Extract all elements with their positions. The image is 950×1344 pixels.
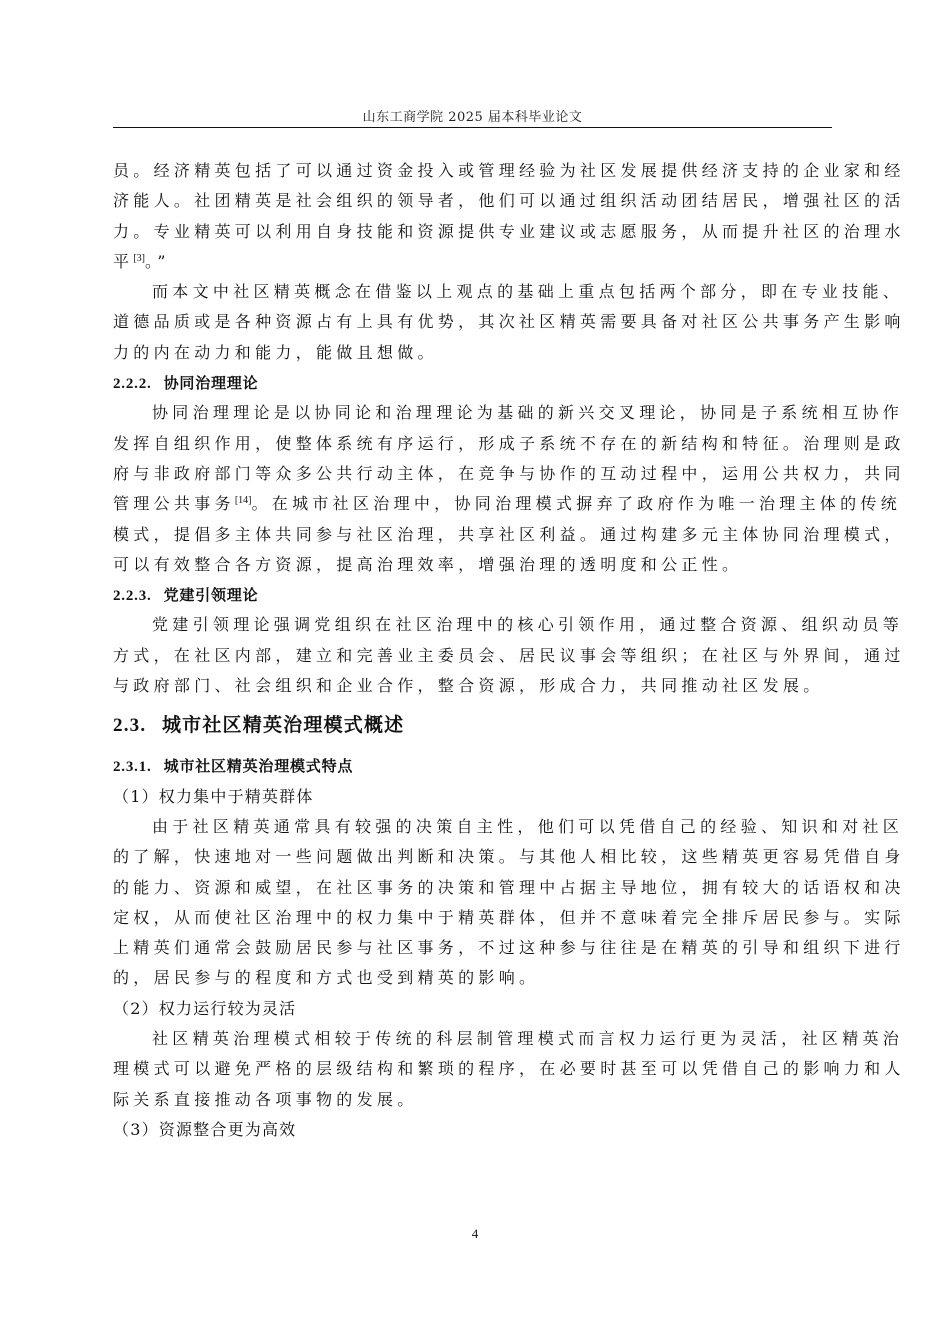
text-line: 党建引领理论强调党组织在社区治理中的核心引领作用，通过整合资源、组织动员等 bbox=[113, 610, 834, 640]
text-line: 可以有效整合各方资源，提高治理效率，增强治理的透明度和公正性。 bbox=[113, 550, 834, 580]
heading-title: 协同治理理论 bbox=[164, 374, 259, 392]
text-line: 力。专业精英可以利用自身技能和资源提供专业建议或志愿服务，从而提升社区的治理水 bbox=[113, 217, 834, 247]
text-line: 模式，提倡多主体共同参与社区治理，共享社区利益。通过构建多元主体协同治理模式， bbox=[113, 520, 834, 550]
text: 管理公共事务 bbox=[113, 494, 235, 513]
citation: [14] bbox=[235, 495, 252, 506]
text: 。在城市社区治理中，协同治理模式摒弃了政府作为唯一治理主体的传统 bbox=[251, 494, 901, 513]
text-line: 济能人。社团精英是社会组织的领导者，他们可以通过组织活动团结居民，增强社区的活 bbox=[113, 186, 834, 216]
list-item-heading: （1）权力集中于精英群体 bbox=[113, 782, 834, 812]
text-line: 的了解，快速地对一些问题做出判断和决策。与其他人相比较，这些精英更容易凭借自身 bbox=[113, 842, 834, 872]
text-line: 府与非政府部门等众多公共行动主体，在竞争与协作的互动过程中，运用公共权力，共同 bbox=[113, 459, 834, 489]
text-line: 上精英们通常会鼓励居民参与社区事务，不过这种参与往往是在精英的引导和组织下进行 bbox=[113, 933, 834, 963]
text-line: 由于社区精英通常具有较强的决策自主性，他们可以凭借自己的经验、知识和对社区 bbox=[113, 812, 834, 842]
running-header: 山东工商学院 2025 届本科毕业论文 bbox=[113, 106, 832, 125]
text-line: 力的内在动力和能力，能做且想做。 bbox=[113, 338, 834, 368]
text-line: 定权，从而使社区治理中的权力集中于精英群体，但并不意味着完全排斥居民参与。实际 bbox=[113, 903, 834, 933]
text-line: 方式，在社区内部，建立和完善业主委员会、居民议事会等组织；在社区与外界间，通过 bbox=[113, 641, 834, 671]
text-line: 道德品质或是各种资源占有上具有优势，其次社区精英需要具备对社区公共事务产生影响 bbox=[113, 307, 834, 337]
text-line: 的能力、资源和威望，在社区事务的决策和管理中占据主导地位，拥有较大的话语权和决 bbox=[113, 873, 834, 903]
text-line: 管理公共事务[14]。在城市社区治理中，协同治理模式摒弃了政府作为唯一治理主体的… bbox=[113, 489, 834, 519]
text-line: 理模式可以避免严格的层级结构和繁琐的程序，在必要时甚至可以凭借自己的影响力和人 bbox=[113, 1054, 834, 1084]
text-line: 的，居民参与的程度和方式也受到精英的影响。 bbox=[113, 963, 834, 993]
text-line: 社区精英治理模式相较于传统的科层制管理模式而言权力运行更为灵活，社区精英治 bbox=[113, 1024, 834, 1054]
heading-title: 党建引领理论 bbox=[164, 586, 259, 604]
heading-2-2-3: 2.2.3. 党建引领理论 bbox=[113, 580, 834, 610]
heading-number: 2.3. bbox=[113, 715, 146, 736]
heading-number: 2.2.2. bbox=[113, 376, 152, 392]
heading-title: 城市社区精英治理模式概述 bbox=[162, 714, 404, 736]
text: 平 bbox=[113, 252, 133, 271]
text-line: 与政府部门、社会组织和企业合作，整合资源，形成合力，共同推动社区发展。 bbox=[113, 671, 834, 701]
text-line: 发挥自组织作用，使整体系统有序运行，形成子系统不存在的新结构和特征。治理则是政 bbox=[113, 429, 834, 459]
text-line: 协同治理理论是以协同论和治理理论为基础的新兴交叉理论，协同是子系统相互协作 bbox=[113, 398, 834, 428]
list-item-heading: （2）权力运行较为灵活 bbox=[113, 994, 834, 1024]
list-item-heading: （3）资源整合更为高效 bbox=[113, 1115, 834, 1145]
heading-number: 2.3.1. bbox=[113, 759, 152, 775]
text-line: 平[3]。” bbox=[113, 247, 834, 277]
heading-number: 2.2.3. bbox=[113, 588, 152, 604]
text-line: 际关系直接推动各项事物的发展。 bbox=[113, 1085, 834, 1115]
text-line: 员。经济精英包括了可以通过资金投入或管理经验为社区发展提供经济支持的企业家和经 bbox=[113, 156, 834, 186]
text-line: 而本文中社区精英概念在借鉴以上观点的基础上重点包括两个部分，即在专业技能、 bbox=[113, 277, 834, 307]
page-number: 4 bbox=[0, 1226, 950, 1242]
heading-2-3-1: 2.3.1. 城市社区精英治理模式特点 bbox=[113, 751, 834, 781]
heading-2-2-2: 2.2.2. 协同治理理论 bbox=[113, 368, 834, 398]
citation: [3] bbox=[133, 253, 145, 264]
heading-title: 城市社区精英治理模式特点 bbox=[164, 757, 354, 775]
heading-2-3: 2.3. 城市社区精英治理模式概述 bbox=[113, 701, 834, 745]
text: 。” bbox=[145, 252, 170, 271]
header-rule bbox=[113, 127, 832, 128]
page-body: 员。经济精英包括了可以通过资金投入或管理经验为社区发展提供经济支持的企业家和经 … bbox=[113, 156, 834, 1145]
